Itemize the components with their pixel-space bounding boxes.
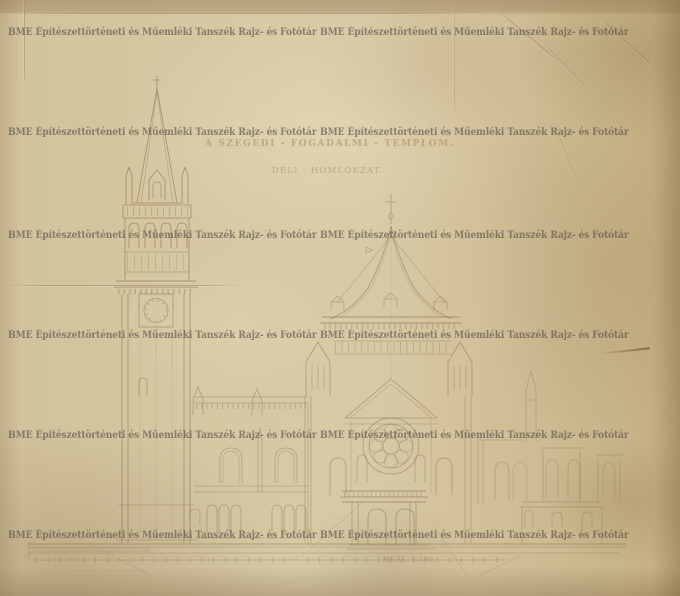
connecting-wing bbox=[190, 387, 308, 545]
watermark-text: BME Építészettörténeti és Műemléki Tansz… bbox=[320, 530, 629, 541]
scale-annotation: MÉRT. 1:100. bbox=[383, 556, 436, 563]
illegible-pencil-note: --·---- --- -- -----·-- bbox=[75, 566, 146, 575]
watermark-text: BME Építészettörténeti és Műemléki Tansz… bbox=[8, 530, 317, 541]
watermark-text: BME Építészettörténeti és Műemléki Tansz… bbox=[8, 430, 317, 441]
watermark-text: BME Építészettörténeti és Műemléki Tansz… bbox=[8, 330, 317, 341]
drawing-title: A SZEGEDI - FOGADALMI - TEMPLOM. bbox=[205, 139, 455, 149]
watermark-text: BME Építészettörténeti és Műemléki Tansz… bbox=[320, 127, 629, 138]
left-bell-tower bbox=[114, 76, 198, 543]
watermark-text: BME Építészettörténeti és Műemléki Tansz… bbox=[8, 230, 317, 241]
church-elevation-drawing bbox=[0, 0, 680, 596]
watermark-text: BME Építészettörténeti és Műemléki Tansz… bbox=[320, 27, 629, 38]
central-facade-and-dome bbox=[305, 194, 472, 549]
scanned-drawing-canvas: A SZEGEDI - FOGADALMI - TEMPLOM. DÉLI - … bbox=[0, 0, 680, 596]
right-nave-section bbox=[478, 371, 624, 545]
watermark-text: BME Építészettörténeti és Műemléki Tansz… bbox=[320, 330, 629, 341]
watermark-text: BME Építészettörténeti és Műemléki Tansz… bbox=[8, 127, 317, 138]
watermark-text: BME Építészettörténeti és Műemléki Tansz… bbox=[320, 430, 629, 441]
paper-sheet: A SZEGEDI - FOGADALMI - TEMPLOM. DÉLI - … bbox=[0, 0, 680, 596]
drawing-subtitle: DÉLI - HOMLOKZAT. bbox=[272, 166, 383, 176]
watermark-text: BME Építészettörténeti és Műemléki Tansz… bbox=[320, 230, 629, 241]
watermark-text: BME Építészettörténeti és Műemléki Tansz… bbox=[8, 27, 317, 38]
